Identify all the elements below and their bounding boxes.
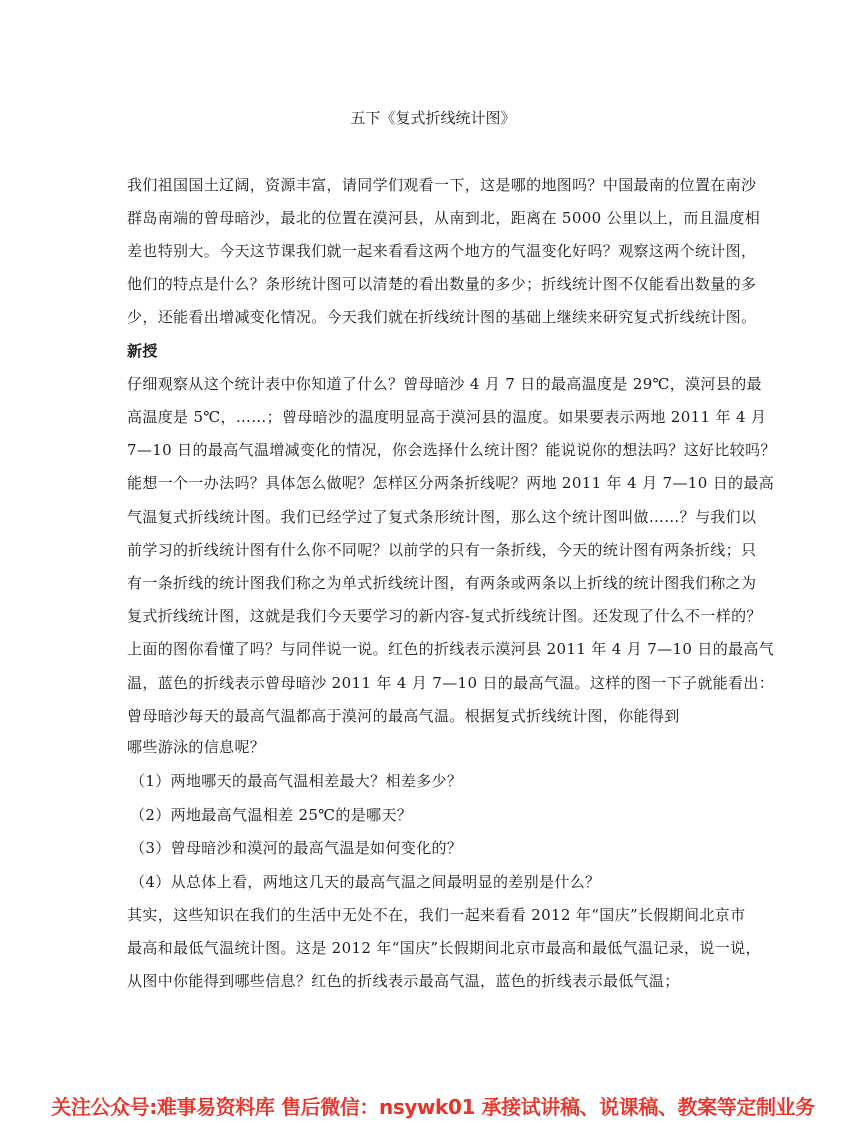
paragraph-line: 最高和最低气温统计图。这是 2012 年“国庆”长假期间北京市最高和最低气温记录… — [127, 938, 757, 958]
paragraph-line: 群岛南端的曾母暗沙，最北的位置在漠河县，从南到北，距离在 5000 公里以上，而… — [127, 208, 757, 228]
document-page: 五下《复式折线统计图》 我们祖国国土辽阔，资源丰富，请同学们观看一下，这是哪的地… — [0, 0, 866, 1122]
question-item: （3）曾母暗沙和漠河的最高气温是如何变化的？ — [130, 838, 760, 858]
paragraph-line: 曾母暗沙每天的最高气温都高于漠河的最高气温。根据复式折线统计图，你能得到 — [127, 706, 757, 726]
paragraph-line: 温，蓝色的折线表示曾母暗沙 2011 年 4 月 7—10 日的最高气温。这样的… — [127, 673, 757, 693]
document-title: 五下《复式折线统计图》 — [0, 108, 866, 128]
paragraph-line: 有一条折线的统计图我们称之为单式折线统计图，有两条或两条以上折线的统计图我们称之… — [127, 573, 757, 593]
paragraph-line: 气温复式折线统计图。我们已经学过了复式条形统计图，那么这个统计图叫做……？与我们… — [127, 507, 757, 527]
paragraph-line: 他们的特点是什么？条形统计图可以清楚的看出数量的多少；折线统计图不仅能看出数量的… — [127, 274, 757, 294]
paragraph-line: 少，还能看出增减变化情况。今天我们就在折线统计图的基础上继续来研究复式折线统计图… — [127, 307, 757, 327]
paragraph-line: 从图中你能得到哪些信息？红色的折线表示最高气温，蓝色的折线表示最低气温； — [127, 971, 757, 991]
paragraph-line: 我们祖国国土辽阔，资源丰富，请同学们观看一下，这是哪的地图吗？中国最南的位置在南… — [127, 175, 757, 195]
section-heading: 新授 — [127, 341, 757, 361]
paragraph-line: 哪些游泳的信息呢？ — [127, 737, 757, 757]
paragraph-line: 能想一个一办法吗？具体怎么做呢？怎样区分两条折线呢？两地 2011 年 4 月 … — [127, 473, 757, 493]
paragraph-line: 差也特别大。今天这节课我们就一起来看看这两个地方的气温变化好吗？观察这两个统计图… — [127, 241, 757, 261]
paragraph-line: 7—10 日的最高气温增减变化的情况，你会选择什么统计图？能说说你的想法吗？这好… — [127, 440, 757, 460]
paragraph-line: 高温度是 5℃，……；曾母暗沙的温度明显高于漠河县的温度。如果要表示两地 201… — [127, 407, 757, 427]
question-item: （4）从总体上看，两地这几天的最高气温之间最明显的差别是什么？ — [130, 872, 760, 892]
question-item: （1）两地哪天的最高气温相差最大？相差多少？ — [130, 771, 760, 791]
paragraph-line: 上面的图你看懂了吗？与同伴说一说。红色的折线表示漠河县 2011 年 4 月 7… — [127, 639, 757, 659]
paragraph-line: 前学习的折线统计图有什么你不同呢？以前学的只有一条折线，今天的统计图有两条折线；… — [127, 540, 757, 560]
footer-banner: 关注公众号:难事易资料库 售后微信：nsywk01 承接试讲稿、说课稿、教案等定… — [0, 1093, 866, 1122]
paragraph-line: 复式折线统计图，这就是我们今天要学习的新内容-复式折线统计图。还发现了什么不一样… — [127, 606, 757, 626]
paragraph-line: 仔细观察从这个统计表中你知道了什么？曾母暗沙 4 月 7 日的最高温度是 29℃… — [127, 374, 757, 394]
paragraph-line: 其实，这些知识在我们的生活中无处不在，我们一起来看看 2012 年“国庆”长假期… — [127, 905, 757, 925]
question-item: （2）两地最高气温相差 25℃的是哪天？ — [130, 805, 760, 825]
